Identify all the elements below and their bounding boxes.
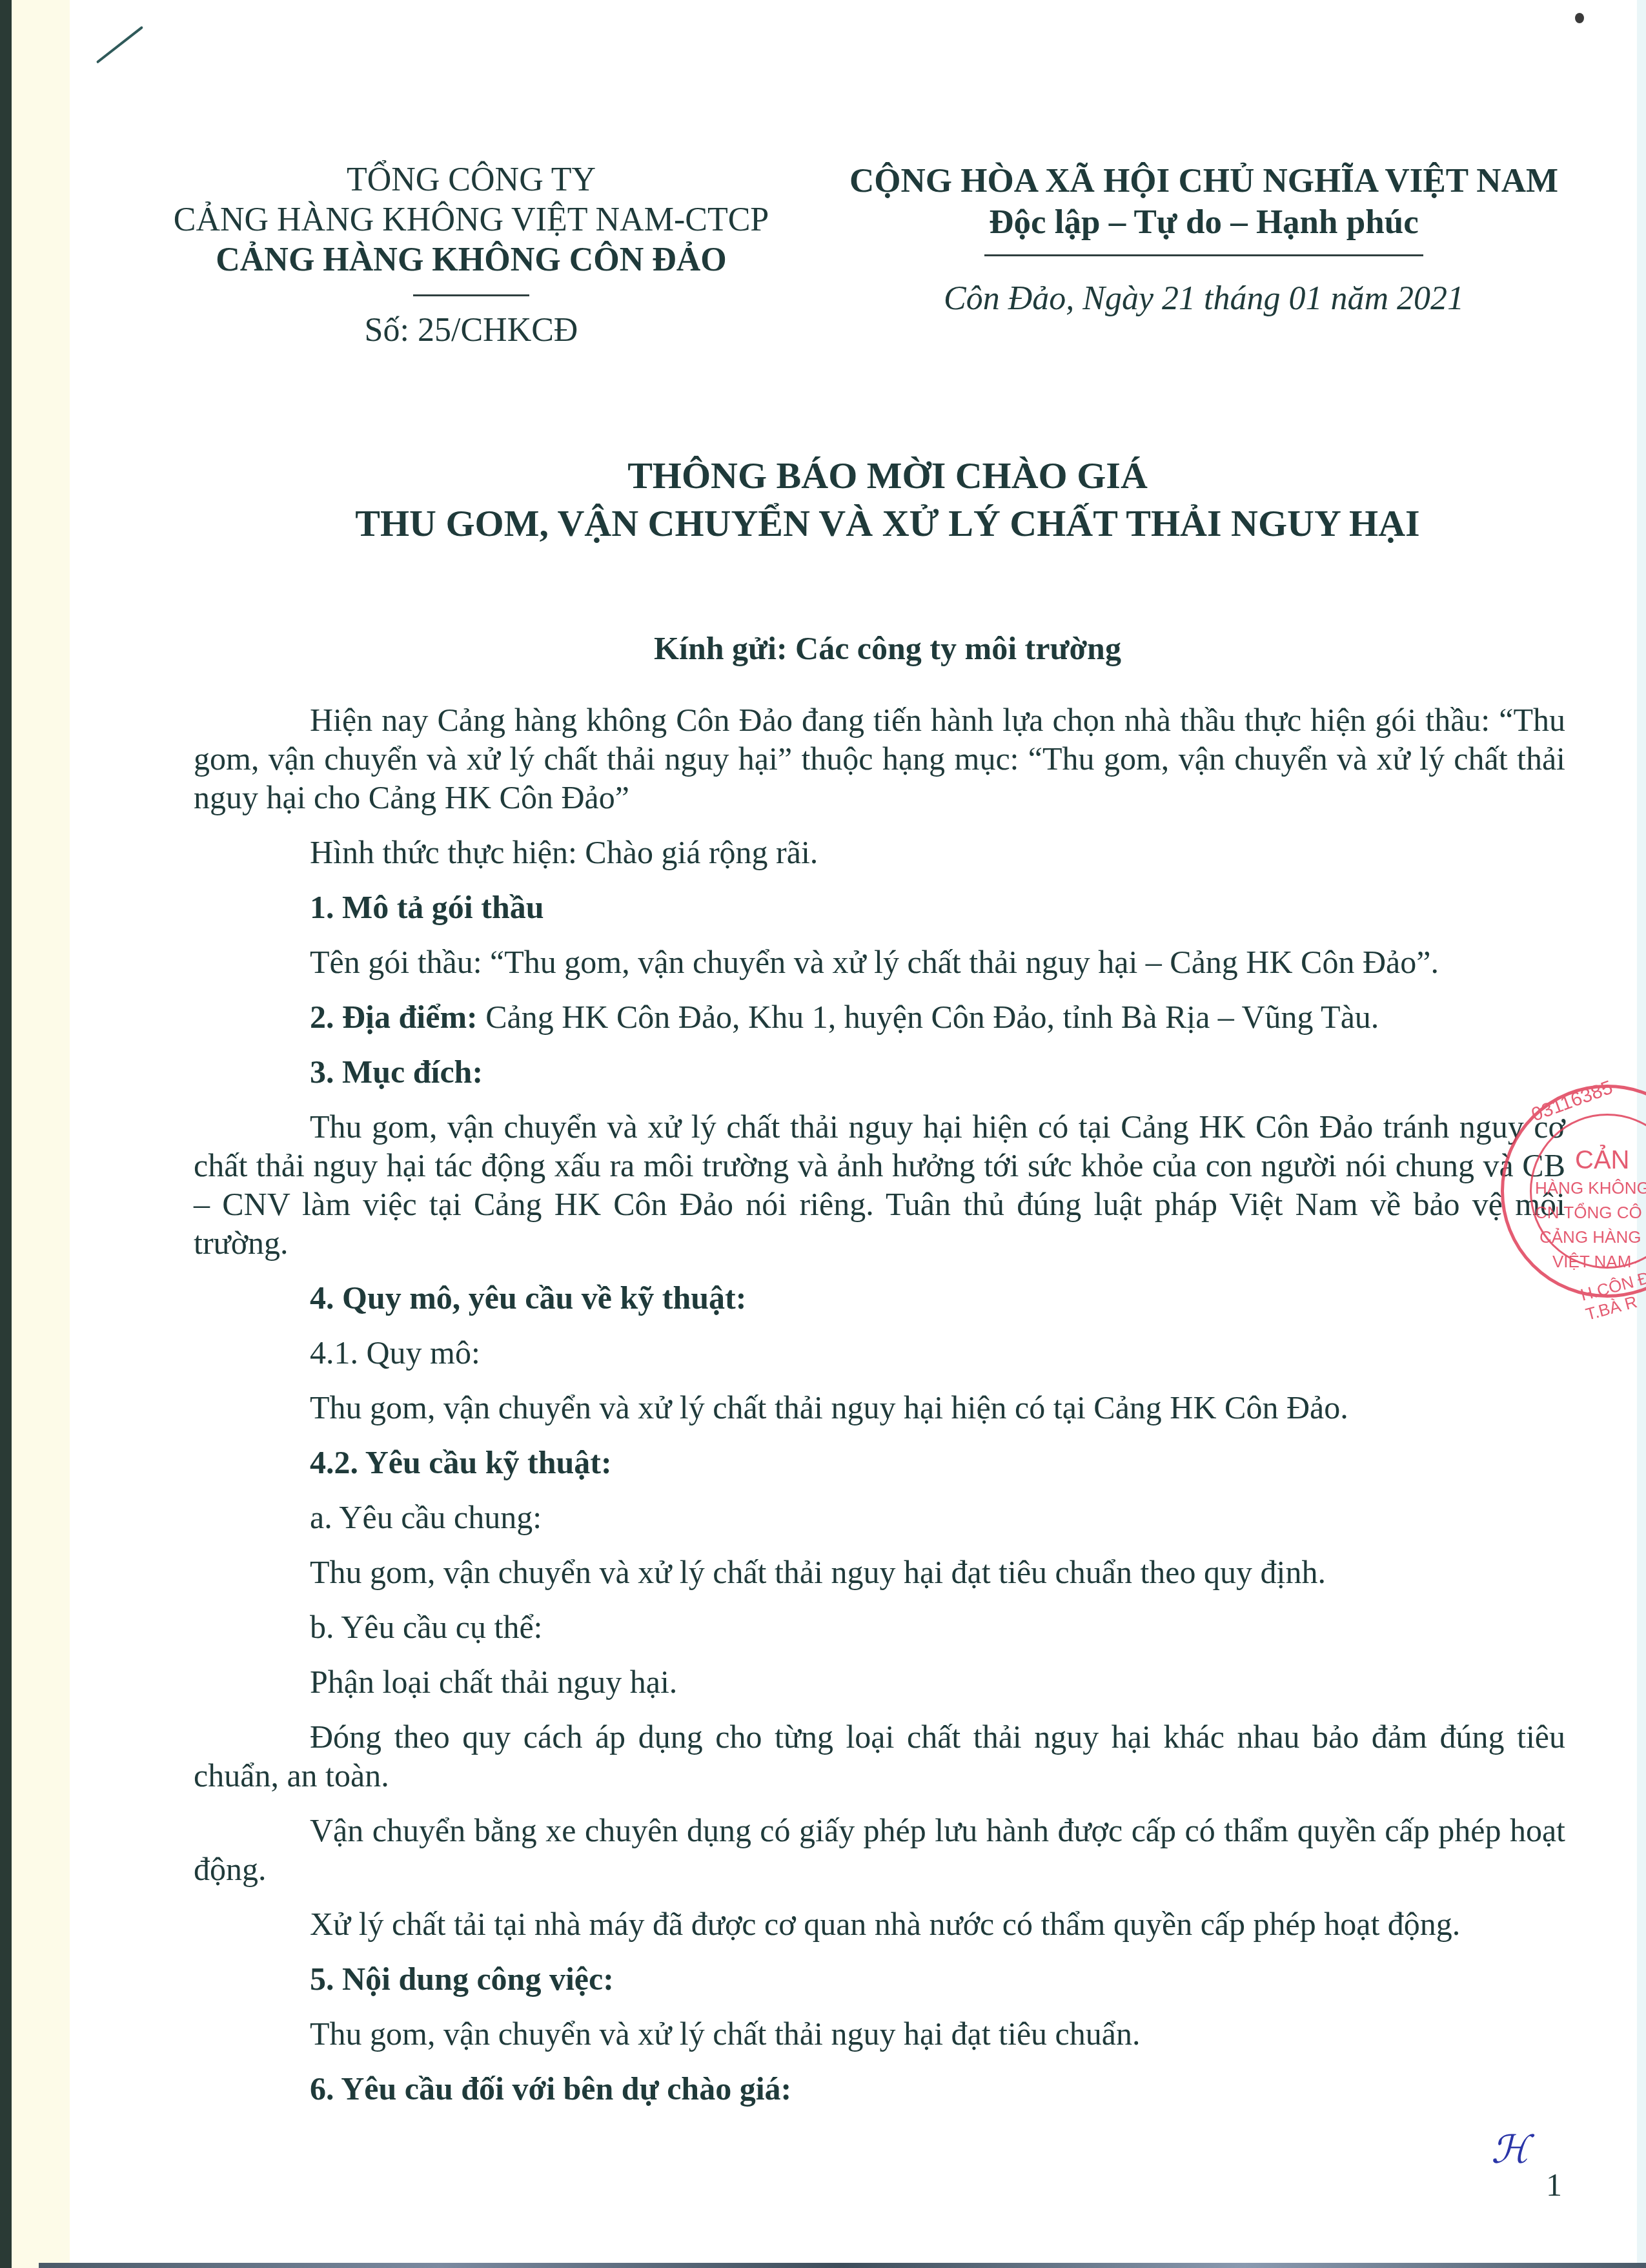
national-title: CỘNG HÒA XÃ HỘI CHỦ NGHĨA VIỆT NAM [820, 160, 1588, 201]
seal-line-2: HÀNG KHÔNG [1535, 1178, 1646, 1198]
section-4-2-b-heading: b. Yêu cầu cụ thể: [194, 1608, 1565, 1646]
ink-dot [1575, 13, 1584, 23]
issuer-divider [413, 294, 529, 296]
document-number: Số: 25/CHKCĐ [148, 311, 794, 351]
title-line-1: THÔNG BÁO MỜI CHÀO GIÁ [194, 452, 1581, 500]
scan-bottom-edge [39, 2263, 1646, 2268]
section-3-text: Thu gom, vận chuyển và xử lý chất thải n… [194, 1107, 1565, 1262]
section-3-heading: 3. Mục đích: [194, 1052, 1565, 1091]
pen-mark [96, 26, 143, 64]
national-motto: Độc lập – Tự do – Hạnh phúc [820, 201, 1588, 243]
title-line-2: THU GOM, VẬN CHUYỂN VÀ XỬ LÝ CHẤT THẢI N… [194, 500, 1581, 547]
scan-paper-margin [12, 0, 70, 2268]
document-body: Hiện nay Cảng hàng không Côn Đảo đang ti… [194, 700, 1565, 2124]
national-header: CỘNG HÒA XÃ HỘI CHỦ NGHĨA VIỆT NAM Độc l… [820, 160, 1588, 320]
seal-line-1: CẢN [1575, 1146, 1629, 1175]
document-date: Côn Đảo, Ngày 21 tháng 01 năm 2021 [820, 278, 1588, 320]
salutation: Kính gửi: Các công ty môi trường [194, 629, 1581, 667]
issuer-header: TỔNG CÔNG TY CẢNG HÀNG KHÔNG VIỆT NAM-CT… [148, 160, 794, 351]
section-4-2-heading: 4.2. Yêu cầu kỹ thuật: [194, 1443, 1565, 1482]
section-4-2-a-heading: a. Yêu cầu chung: [194, 1498, 1565, 1537]
section-5-text: Thu gom, vận chuyển và xử lý chất thải n… [194, 2014, 1565, 2053]
requirement-item: Xử lý chất tải tại nhà máy đã được cơ qu… [194, 1905, 1565, 1943]
section-1-heading: 1. Mô tả gói thầu [194, 888, 1565, 926]
intro-paragraph: Hiện nay Cảng hàng không Côn Đảo đang ti… [194, 700, 1565, 817]
requirement-item: Phận loại chất thải nguy hại. [194, 1662, 1565, 1701]
issuer-parent-org: TỔNG CÔNG TY [148, 160, 794, 200]
requirement-item: Đóng theo quy cách áp dụng cho từng loại… [194, 1717, 1565, 1795]
seal-line-4: CẢNG HÀNG [1539, 1227, 1641, 1247]
section-4-2-a-text: Thu gom, vận chuyển và xử lý chất thải n… [194, 1553, 1565, 1591]
motto-divider [984, 254, 1423, 256]
document-title: THÔNG BÁO MỜI CHÀO GIÁ THU GOM, VẬN CHUY… [194, 452, 1581, 547]
section-4-1-heading: 4.1. Quy mô: [194, 1333, 1565, 1372]
section-2-heading: 2. Địa điểm: [310, 999, 478, 1035]
issuer-org-name: CẢNG HÀNG KHÔNG CÔN ĐẢO [148, 240, 794, 280]
section-6-heading: 6. Yêu cầu đối với bên dự chào giá: [194, 2069, 1565, 2108]
issuer-parent-org-name: CẢNG HÀNG KHÔNG VIỆT NAM-CTCP [148, 200, 794, 240]
procurement-form: Hình thức thực hiện: Chào giá rộng rãi. [194, 833, 1565, 872]
scan-left-edge [0, 0, 12, 2268]
page-number: 1 [1546, 2166, 1562, 2203]
handwritten-initial: ℋ [1491, 2127, 1529, 2172]
section-4-heading: 4. Quy mô, yêu cầu về kỹ thuật: [194, 1278, 1565, 1317]
seal-line-3: CN TỔNG CÔ [1535, 1203, 1642, 1223]
section-1-text: Tên gói thầu: “Thu gom, vận chuyển và xử… [194, 943, 1565, 981]
section-2-text: Cảng HK Côn Đảo, Khu 1, huyện Côn Đảo, t… [478, 999, 1379, 1035]
requirement-item: Vận chuyển bằng xe chuyên dụng có giấy p… [194, 1811, 1565, 1888]
seal-line-5: VIỆT NAM- [1552, 1252, 1637, 1272]
section-4-1-text: Thu gom, vận chuyển và xử lý chất thải n… [194, 1388, 1565, 1427]
section-5-heading: 5. Nội dung công việc: [194, 1959, 1565, 1998]
section-2: 2. Địa điểm: Cảng HK Côn Đảo, Khu 1, huy… [194, 997, 1565, 1036]
